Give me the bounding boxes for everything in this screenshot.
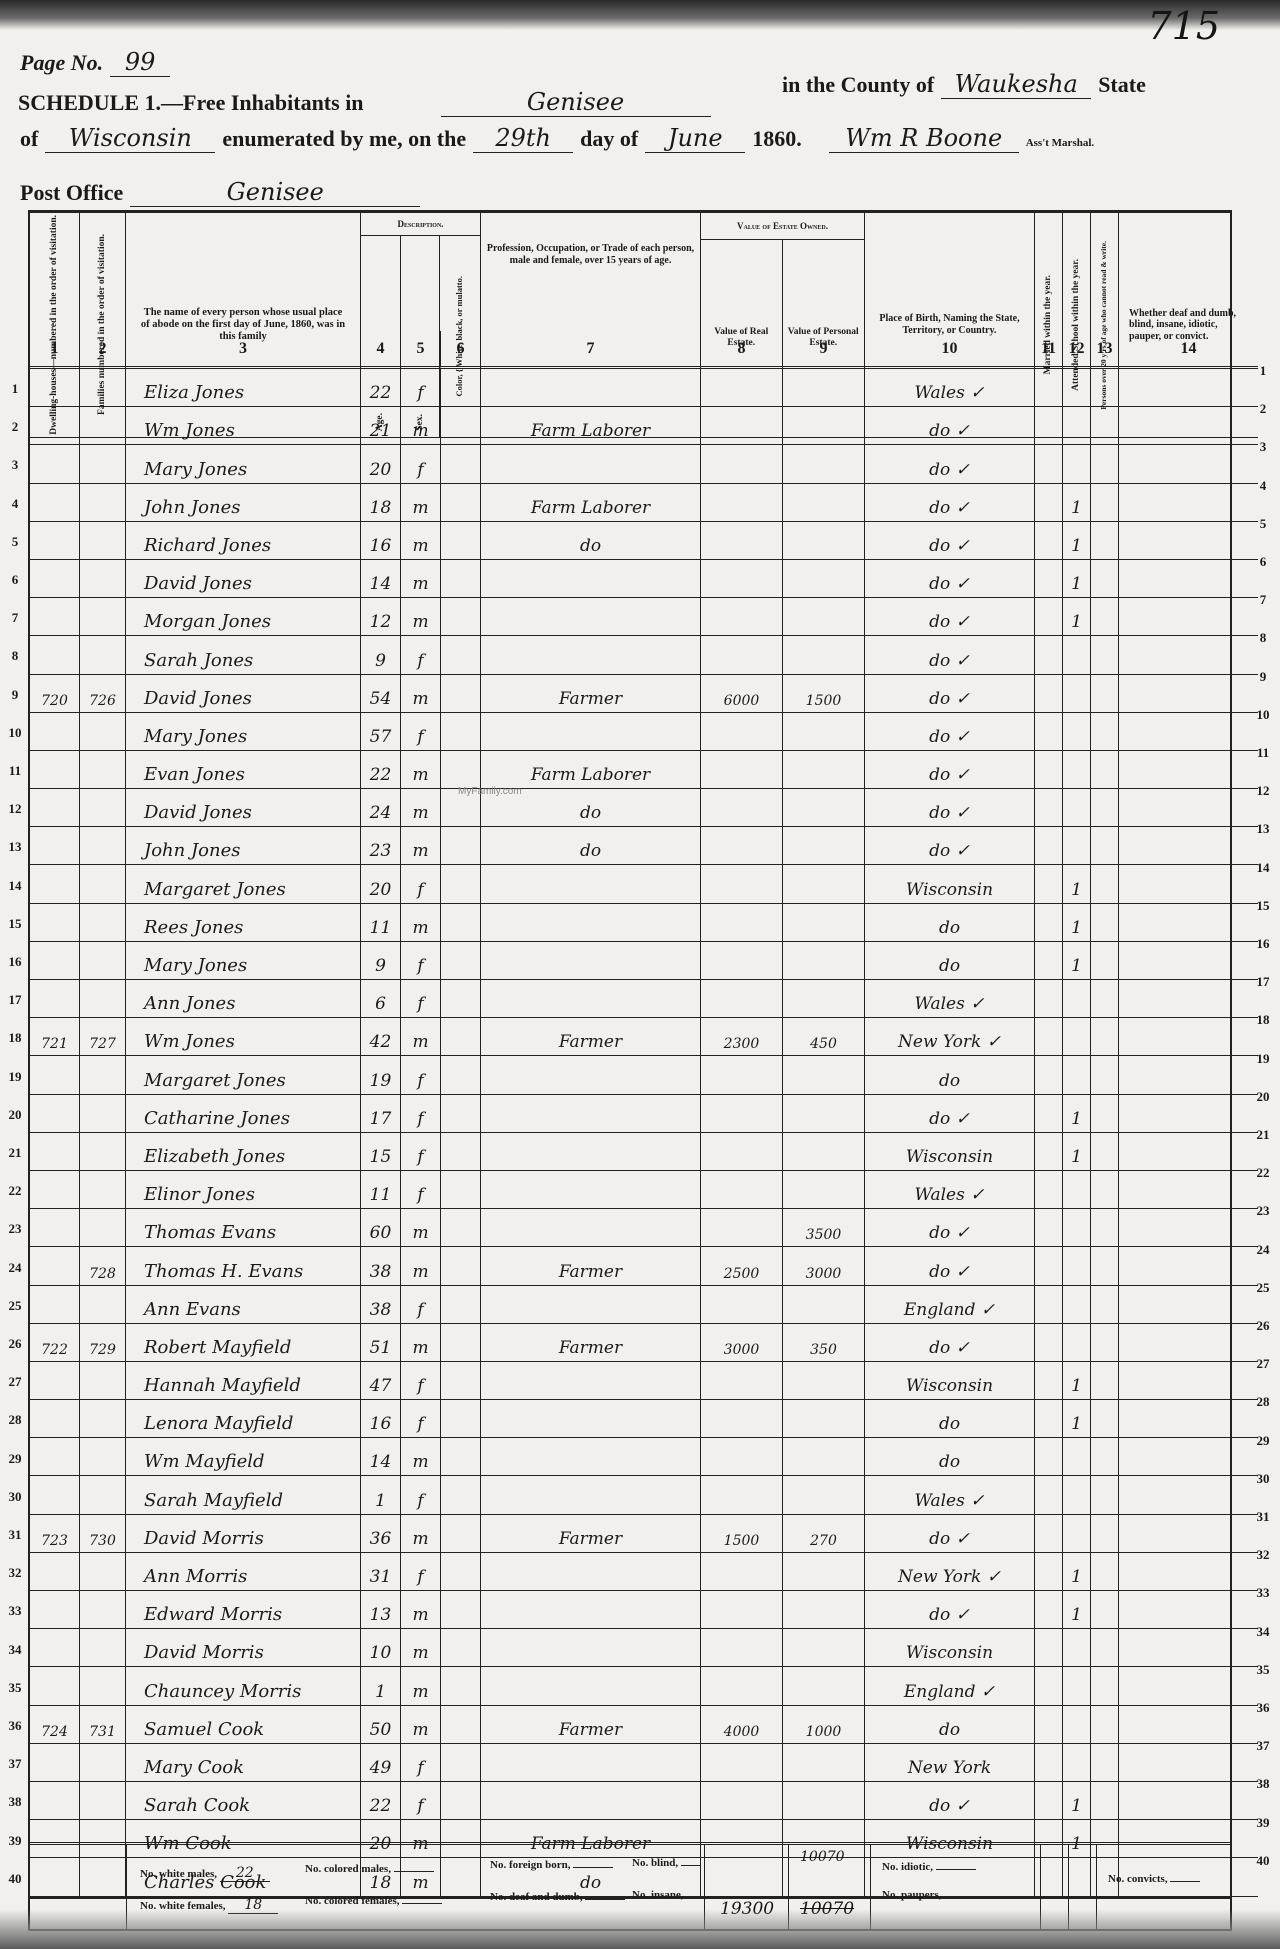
personal-estate-value	[783, 1400, 865, 1438]
state-value: Wisconsin	[45, 124, 215, 153]
line-number-right: 15	[1252, 898, 1274, 914]
illiterate-mark	[1091, 445, 1119, 483]
disability	[1119, 560, 1258, 598]
color	[441, 1667, 481, 1705]
year-value: 1860.	[752, 126, 802, 151]
person-name: Wm Jones	[126, 1018, 361, 1056]
personal-estate-value	[783, 484, 865, 522]
colored-males-field: No. colored males,	[305, 1863, 434, 1875]
page-no-value: 99	[110, 48, 170, 77]
column-number: 3	[126, 331, 361, 369]
line-number-left: 3	[4, 457, 26, 473]
real-estate-value	[701, 1056, 783, 1094]
line-number-left: 9	[4, 687, 26, 703]
month-value: June	[645, 124, 745, 153]
married-mark	[1035, 675, 1063, 713]
birthplace: Wisconsin	[865, 865, 1035, 903]
line-number-left: 11	[4, 763, 26, 779]
sex: f	[401, 713, 441, 751]
line-number-left: 1	[4, 381, 26, 397]
dwelling-number	[30, 445, 80, 483]
person-name: Lenora Mayfield	[126, 1400, 361, 1438]
person-name: Rees Jones	[126, 904, 361, 942]
family-number	[80, 751, 126, 789]
color	[441, 560, 481, 598]
birthplace: do ✓	[865, 1247, 1035, 1285]
dwelling-number	[30, 1286, 80, 1324]
school-mark	[1063, 1209, 1091, 1247]
county-line: in the County of Waukesha State	[782, 70, 1146, 99]
family-number	[80, 445, 126, 483]
illiterate-mark	[1091, 904, 1119, 942]
dwelling-number	[30, 751, 80, 789]
married-mark	[1035, 904, 1063, 942]
occupation	[481, 1095, 701, 1133]
illiterate-mark	[1091, 1133, 1119, 1171]
personal-estate-value: 450	[783, 1018, 865, 1056]
illiterate-mark	[1091, 484, 1119, 522]
disability	[1119, 1629, 1258, 1667]
illiterate-mark	[1091, 636, 1119, 674]
personal-estate-value	[783, 1782, 865, 1820]
illiterate-mark	[1091, 1056, 1119, 1094]
day-of-label: day of	[580, 126, 638, 151]
line-number-left: 18	[4, 1030, 26, 1046]
sex: m	[401, 560, 441, 598]
family-number	[80, 598, 126, 636]
line-number-left: 19	[4, 1069, 26, 1085]
school-mark	[1063, 1476, 1091, 1514]
line-number-right: 25	[1252, 1280, 1274, 1296]
table-row: 723730David Morris36mFarmer1500270do ✓	[30, 1515, 1230, 1553]
line-number-right: 29	[1252, 1433, 1274, 1449]
married-mark	[1035, 1324, 1063, 1362]
family-number	[80, 636, 126, 674]
disability	[1119, 865, 1258, 903]
personal-estate-value	[783, 904, 865, 942]
illiterate-mark	[1091, 1286, 1119, 1324]
occupation	[481, 1744, 701, 1782]
white-males-value: 22	[220, 1865, 270, 1882]
occupation	[481, 1782, 701, 1820]
color	[441, 1744, 481, 1782]
married-mark	[1035, 751, 1063, 789]
personal-estate-value	[783, 1095, 865, 1133]
married-mark	[1035, 827, 1063, 865]
table-row: Lenora Mayfield16fdo1	[30, 1400, 1230, 1438]
birthplace: England ✓	[865, 1667, 1035, 1705]
township-value: Genisee	[441, 88, 711, 117]
dwelling-number	[30, 865, 80, 903]
family-number	[80, 1782, 126, 1820]
disability	[1119, 1553, 1258, 1591]
real-estate-value	[701, 1476, 783, 1514]
disability	[1119, 1324, 1258, 1362]
school-mark	[1063, 1667, 1091, 1705]
disability	[1119, 1171, 1258, 1209]
line-number-right: 2	[1252, 401, 1274, 417]
birthplace: do ✓	[865, 407, 1035, 445]
birthplace: do	[865, 1438, 1035, 1476]
person-name: Edward Morris	[126, 1591, 361, 1629]
age: 6	[361, 980, 401, 1018]
line-number-right: 14	[1252, 860, 1274, 876]
line-number-left: 4	[4, 496, 26, 512]
family-number	[80, 1095, 126, 1133]
line-number-right: 12	[1252, 783, 1274, 799]
illiterate-mark	[1091, 522, 1119, 560]
personal-estate-value	[783, 369, 865, 407]
disability	[1119, 1362, 1258, 1400]
school-mark: 1	[1063, 1133, 1091, 1171]
line-number-right: 36	[1252, 1700, 1274, 1716]
school-mark	[1063, 1438, 1091, 1476]
white-males-field: No. white males, 22	[140, 1865, 270, 1882]
occupation	[481, 713, 701, 751]
family-number	[80, 1476, 126, 1514]
estate-header: Value of Estate Owned.	[701, 213, 864, 240]
birthplace: do ✓	[865, 1515, 1035, 1553]
birthplace: do ✓	[865, 445, 1035, 483]
disability	[1119, 942, 1258, 980]
table-row: Mary Jones9fdo1	[30, 942, 1230, 980]
line-number-left: 8	[4, 648, 26, 664]
married-mark	[1035, 1591, 1063, 1629]
census-rows: Eliza Jones22fWales ✓Wm Jones21mFarm Lab…	[30, 369, 1230, 1897]
family-number	[80, 1591, 126, 1629]
age: 19	[361, 1056, 401, 1094]
illiterate-mark	[1091, 865, 1119, 903]
line-number-right: 22	[1252, 1165, 1274, 1181]
disability	[1119, 980, 1258, 1018]
age: 51	[361, 1324, 401, 1362]
disability	[1119, 1438, 1258, 1476]
table-row: Chauncey Morris1mEngland ✓	[30, 1667, 1230, 1705]
line-number-left: 25	[4, 1298, 26, 1314]
disability	[1119, 1209, 1258, 1247]
married-mark	[1035, 1095, 1063, 1133]
age: 1	[361, 1667, 401, 1705]
column-number: 7	[481, 331, 701, 369]
age: 15	[361, 1133, 401, 1171]
table-row: John Jones23mdodo ✓	[30, 827, 1230, 865]
color	[441, 484, 481, 522]
birthplace: Wisconsin	[865, 1629, 1035, 1667]
line-number-left: 22	[4, 1183, 26, 1199]
enumerated-label: enumerated by me, on the	[222, 126, 466, 151]
illiterate-mark	[1091, 1324, 1119, 1362]
sex: m	[401, 789, 441, 827]
foreign-born-field: No. foreign born,	[490, 1859, 613, 1871]
sex: m	[401, 1209, 441, 1247]
line-number-left: 21	[4, 1145, 26, 1161]
sex: m	[401, 1667, 441, 1705]
dwelling-number	[30, 713, 80, 751]
table-row: Edward Morris13mdo ✓1	[30, 1591, 1230, 1629]
personal-estate-value: 350	[783, 1324, 865, 1362]
personal-estate-value	[783, 1171, 865, 1209]
illiterate-mark	[1091, 827, 1119, 865]
line-number-right: 35	[1252, 1662, 1274, 1678]
disability	[1119, 522, 1258, 560]
family-number	[80, 942, 126, 980]
family-number	[80, 1286, 126, 1324]
birthplace: New York ✓	[865, 1553, 1035, 1591]
school-mark: 1	[1063, 1782, 1091, 1820]
married-mark	[1035, 369, 1063, 407]
sex: m	[401, 1515, 441, 1553]
disability	[1119, 713, 1258, 751]
color	[441, 1133, 481, 1171]
person-name: Sarah Mayfield	[126, 1476, 361, 1514]
color	[441, 1018, 481, 1056]
person-name: David Jones	[126, 560, 361, 598]
disability	[1119, 369, 1258, 407]
person-name: Evan Jones	[126, 751, 361, 789]
table-row: Rees Jones11mdo1	[30, 904, 1230, 942]
school-mark: 1	[1063, 1400, 1091, 1438]
post-office-label: Post Office	[20, 180, 123, 205]
personal-estate-value	[783, 1667, 865, 1705]
schedule-label: SCHEDULE 1.—Free Inhabitants in	[18, 90, 364, 115]
real-estate-value: 4000	[701, 1706, 783, 1744]
school-mark: 1	[1063, 1591, 1091, 1629]
census-table: Dwelling-houses—numbered in the order of…	[28, 210, 1232, 1899]
real-estate-value	[701, 1286, 783, 1324]
idiotic-field: No. idiotic,	[882, 1861, 976, 1873]
table-row: 721727Wm Jones42mFarmer2300450New York ✓	[30, 1018, 1230, 1056]
color	[441, 1591, 481, 1629]
birthplace: do ✓	[865, 827, 1035, 865]
line-number-right: 39	[1252, 1815, 1274, 1831]
sex: f	[401, 1133, 441, 1171]
real-estate-value	[701, 598, 783, 636]
color	[441, 751, 481, 789]
line-number-left: 31	[4, 1527, 26, 1543]
family-number: 726	[80, 675, 126, 713]
age: 42	[361, 1018, 401, 1056]
disability	[1119, 1667, 1258, 1705]
dwelling-number: 722	[30, 1324, 80, 1362]
color	[441, 713, 481, 751]
illiterate-mark	[1091, 1362, 1119, 1400]
age: 47	[361, 1362, 401, 1400]
age: 11	[361, 904, 401, 942]
married-mark	[1035, 522, 1063, 560]
colored-females-field: No. colored females,	[305, 1895, 442, 1907]
sex: f	[401, 1095, 441, 1133]
occupation	[481, 1400, 701, 1438]
line-number-right: 30	[1252, 1471, 1274, 1487]
sex: f	[401, 1744, 441, 1782]
color	[441, 1629, 481, 1667]
table-row: Sarah Mayfield1fWales ✓	[30, 1476, 1230, 1514]
disability	[1119, 1400, 1258, 1438]
dwelling-number	[30, 904, 80, 942]
person-name: David Morris	[126, 1629, 361, 1667]
dwelling-number	[30, 1744, 80, 1782]
color	[441, 1324, 481, 1362]
occupation	[481, 1133, 701, 1171]
table-row: 720726David Jones54mFarmer60001500do ✓	[30, 675, 1230, 713]
age: 54	[361, 675, 401, 713]
color	[441, 1171, 481, 1209]
dwelling-number	[30, 1782, 80, 1820]
age: 36	[361, 1515, 401, 1553]
dwelling-number	[30, 522, 80, 560]
person-name: Hannah Mayfield	[126, 1362, 361, 1400]
table-row: Eliza Jones22fWales ✓	[30, 369, 1230, 407]
family-number	[80, 1629, 126, 1667]
disability	[1119, 636, 1258, 674]
family-number	[80, 522, 126, 560]
dwelling-number	[30, 980, 80, 1018]
disability	[1119, 598, 1258, 636]
disability	[1119, 1515, 1258, 1553]
line-number-right: 10	[1252, 707, 1274, 723]
dwelling-number	[30, 1438, 80, 1476]
school-mark: 1	[1063, 1095, 1091, 1133]
person-name: David Morris	[126, 1515, 361, 1553]
school-mark: 1	[1063, 598, 1091, 636]
birthplace: do ✓	[865, 1591, 1035, 1629]
real-estate-value	[701, 942, 783, 980]
school-mark: 1	[1063, 904, 1091, 942]
school-mark	[1063, 1515, 1091, 1553]
illiterate-mark	[1091, 1171, 1119, 1209]
age: 57	[361, 713, 401, 751]
table-row: 728Thomas H. Evans38mFarmer25003000do ✓	[30, 1247, 1230, 1285]
table-row: John Jones18mFarm Laborerdo ✓1	[30, 484, 1230, 522]
schedule-line: SCHEDULE 1.—Free Inhabitants in Genisee	[18, 88, 711, 117]
line-number-right: 37	[1252, 1738, 1274, 1754]
line-number-right: 38	[1252, 1776, 1274, 1792]
person-name: Robert Mayfield	[126, 1324, 361, 1362]
birthplace: New York	[865, 1744, 1035, 1782]
family-number	[80, 1362, 126, 1400]
color	[441, 407, 481, 445]
married-mark	[1035, 1438, 1063, 1476]
table-row: Sarah Jones9fdo ✓	[30, 636, 1230, 674]
dwelling-number	[30, 560, 80, 598]
line-number-left: 13	[4, 839, 26, 855]
real-estate-value	[701, 751, 783, 789]
age: 1	[361, 1476, 401, 1514]
color	[441, 445, 481, 483]
age: 24	[361, 789, 401, 827]
illiterate-mark	[1091, 1782, 1119, 1820]
disability	[1119, 1782, 1258, 1820]
illiterate-mark	[1091, 560, 1119, 598]
table-row: Wm Mayfield14mdo	[30, 1438, 1230, 1476]
age: 16	[361, 522, 401, 560]
illiterate-mark	[1091, 1095, 1119, 1133]
real-estate-value	[701, 789, 783, 827]
sex: f	[401, 1400, 441, 1438]
paupers-field: No. paupers,	[882, 1889, 984, 1901]
deaf-dumb-field: No. deaf and dumb,	[490, 1891, 625, 1903]
color	[441, 1515, 481, 1553]
illiterate-mark	[1091, 598, 1119, 636]
line-number-left: 33	[4, 1603, 26, 1619]
line-number-right: 19	[1252, 1051, 1274, 1067]
illiterate-mark	[1091, 1209, 1119, 1247]
line-number-left: 37	[4, 1756, 26, 1772]
state-label: State	[1098, 72, 1146, 97]
family-number	[80, 865, 126, 903]
sex: f	[401, 1286, 441, 1324]
color	[441, 598, 481, 636]
person-name: Eliza Jones	[126, 369, 361, 407]
person-name: David Jones	[126, 675, 361, 713]
disability	[1119, 751, 1258, 789]
county-value: Waukesha	[941, 70, 1091, 99]
line-number-left: 28	[4, 1412, 26, 1428]
table-row: 724731Samuel Cook50mFarmer40001000do	[30, 1706, 1230, 1744]
school-mark: 1	[1063, 484, 1091, 522]
family-number	[80, 1056, 126, 1094]
real-estate-value: 3000	[701, 1324, 783, 1362]
column-number: 4	[361, 331, 401, 369]
line-number-right: 21	[1252, 1127, 1274, 1143]
sex: m	[401, 484, 441, 522]
family-number: 727	[80, 1018, 126, 1056]
sex: m	[401, 827, 441, 865]
personal-estate-value	[783, 598, 865, 636]
birthplace: Wales ✓	[865, 1171, 1035, 1209]
line-number-left: 20	[4, 1107, 26, 1123]
color	[441, 1247, 481, 1285]
line-number-right: 28	[1252, 1394, 1274, 1410]
line-number-left: 17	[4, 992, 26, 1008]
married-mark	[1035, 1553, 1063, 1591]
personal-estate-value	[783, 1133, 865, 1171]
personal-estate-value	[783, 636, 865, 674]
line-number-left: 5	[4, 534, 26, 550]
dwelling-number	[30, 1171, 80, 1209]
day-value: 29th	[473, 124, 573, 153]
person-name: Ann Morris	[126, 1553, 361, 1591]
occupation: Farm Laborer	[481, 484, 701, 522]
marshal-signature: Wm R Boone	[829, 124, 1019, 153]
person-name: Mary Jones	[126, 942, 361, 980]
married-mark	[1035, 1018, 1063, 1056]
birthplace: do ✓	[865, 484, 1035, 522]
line-number-right: 8	[1252, 630, 1274, 646]
school-mark	[1063, 675, 1091, 713]
illiterate-mark	[1091, 713, 1119, 751]
dwelling-number	[30, 1553, 80, 1591]
person-name: Margaret Jones	[126, 865, 361, 903]
table-row: Wm Jones21mFarm Laborerdo ✓	[30, 407, 1230, 445]
real-estate-value	[701, 445, 783, 483]
county-label: in the County of	[782, 72, 934, 97]
age: 18	[361, 484, 401, 522]
illiterate-mark	[1091, 675, 1119, 713]
line-number-left: 16	[4, 954, 26, 970]
real-estate-value	[701, 560, 783, 598]
person-name: Mary Jones	[126, 713, 361, 751]
table-row: Margaret Jones19fdo	[30, 1056, 1230, 1094]
disability	[1119, 407, 1258, 445]
illiterate-mark	[1091, 1438, 1119, 1476]
sex: m	[401, 598, 441, 636]
disability	[1119, 1706, 1258, 1744]
line-number-right: 27	[1252, 1356, 1274, 1372]
dwelling-number: 721	[30, 1018, 80, 1056]
family-number: 731	[80, 1706, 126, 1744]
sex: m	[401, 675, 441, 713]
